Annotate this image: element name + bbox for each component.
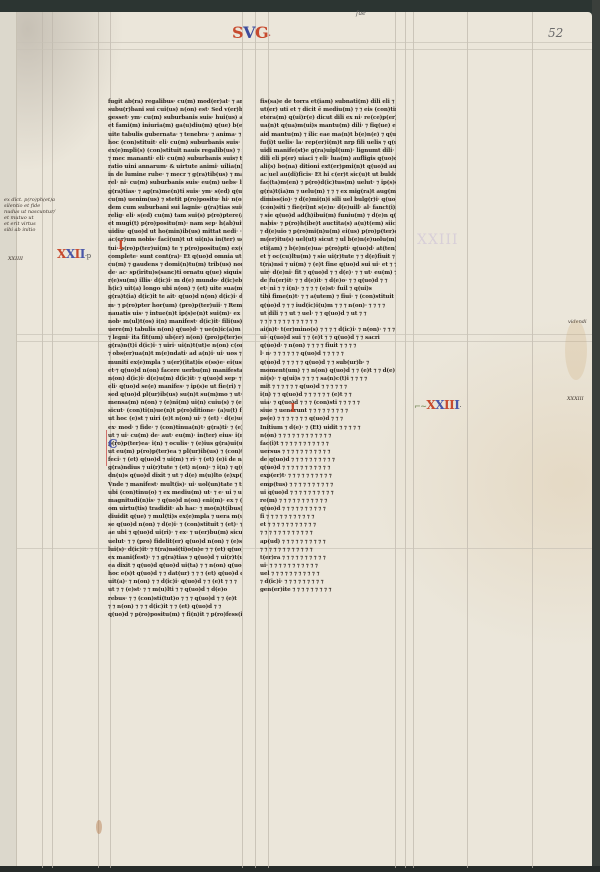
- text-line: siue ⁊ uenerunt ⁊ ⁊ ⁊ ⁊ ⁊ ⁊ ⁊ ⁊ ⁊: [260, 407, 396, 415]
- text-line: h(ic) uit(a) longo ubi n(on) ⁊ (et) uite…: [108, 285, 242, 293]
- ruling-line: [16, 42, 592, 43]
- text-line: feci· ⁊ (et) q(uo)d ⁊ ui(m) ⁊ ri· ⁊ (et)…: [108, 456, 242, 464]
- text-line: q(uo)d ⁊ ⁊ ⁊ ⁊ ⁊ q(uo)d ⁊ ⁊ sub(ur)b· ⁊: [260, 359, 396, 367]
- parchment-stain: [565, 320, 587, 380]
- text-line: rebus· ⁊ ⁊ (con)sti(tut)o ⁊ ⁊ ⁊ q(uo)d ⁊…: [108, 595, 242, 603]
- text-line: fi ⁊ ⁊ ⁊ ⁊ ⁊ ⁊ ⁊ ⁊ ⁊ ⁊ ⁊: [260, 513, 396, 521]
- text-line: dn(u)s q(uo)d dixit ⁊ ut ⁊ d(e) m(u)lto …: [108, 472, 242, 480]
- text-line: de fu(er)it· ⁊ ⁊ d(e)it· ⁊ d(e)o· ⁊ ⁊ q(…: [260, 277, 396, 285]
- text-line: ⁊ obs(er)ua(n)t m(e)ndati· ad a(n)i· ui·…: [108, 350, 242, 358]
- text-line: Initium ⁊ d(e)· ⁊ (Et) uidit ⁊ ⁊ ⁊ ⁊ ⁊: [260, 424, 396, 432]
- text-line: dimiss(io)· ⁊ d(e)mi(n)i sili uel bulg(r…: [260, 196, 396, 204]
- text-line: et mugi(t) p(ro)positu(m)· nam sep· h(ab…: [108, 220, 242, 228]
- text-line: ut ⁊ ui· cu(m) de· aut· eu(m)· in(ter) e…: [108, 432, 242, 440]
- text-line: ⁊ d(e)uio ⁊ p(ro)mi(n)u(m) ei(us) p(ro)p…: [260, 228, 396, 236]
- text-line: uidi manife(st)e g(ra)uipl(um)· lignumt …: [260, 147, 396, 155]
- text-line: dili eli p(er) uiaci ⁊ eli· lua(m) aufli…: [260, 155, 396, 163]
- text-line: ratio uini annarum· & uirtute animi· uil…: [108, 163, 242, 171]
- text-line: ac uel au(di)ficis· Et hi c(er)t sic(u)t…: [260, 171, 396, 179]
- text-line: ui· ⁊ ⁊ ⁊ ⁊ ⁊ ⁊ ⁊ ⁊ ⁊ ⁊ ⁊: [260, 562, 396, 570]
- ruling-line: [467, 12, 468, 868]
- running-head-suffix: ·: [268, 30, 270, 40]
- text-line: gesset· ym· cu(m) suburbanis suis· hui(u…: [108, 114, 242, 122]
- text-line: tui· p(ro)p(ter)ui(m) te ⁊ p(ro)positu(m…: [108, 245, 242, 253]
- decorated-initial: I: [118, 238, 124, 252]
- text-line: om uirtu(tis) tradidit· ab hac· ⁊ mo(n)t…: [108, 505, 242, 513]
- text-line: diuidit q(ue) ⁊ mul(ti)s ex(e)mpla ⁊ uer…: [108, 513, 242, 521]
- text-line: ⁊ legni· ita fit(um) ub(er) n(on) (pro)p…: [108, 334, 242, 342]
- text-line: nabis· ⁊ p(ro)h(ibe)t auctita(s) a(u)t(e…: [260, 220, 396, 228]
- text-line: subu(r)bani sui cui(us) n(on) est· Sed v…: [108, 106, 242, 114]
- text-line: t(er)ra ⁊ ⁊ ⁊ ⁊ ⁊ ⁊ ⁊ ⁊ ⁊ ⁊: [260, 554, 396, 562]
- text-line: ae ubi ⁊ q(uo)d ui(ri)· ⁊ ex· ⁊ u(er)bu(…: [108, 529, 242, 537]
- text-line: ⁊ ⁊ ⁊ ⁊ ⁊ ⁊ ⁊ ⁊ ⁊ ⁊ ⁊ ⁊: [260, 529, 396, 537]
- text-line: g(ra)n(t)i d(ic)i· ⁊ uiri· ui(n)t(ut)e n…: [108, 342, 242, 350]
- text-column-2: fis(sa)e de torra et(iam) subnati(m) dil…: [260, 98, 396, 648]
- text-line: rel· ni· cu(m) suburbanis suis· eu(m) ue…: [108, 179, 242, 187]
- running-head-letter: S: [232, 23, 243, 42]
- text-line: ua(n)t q(ua)m(ui)s mantu(m) dili· ⁊ fiq(…: [260, 122, 396, 130]
- text-line: et· ni ⁊ ⁊ i(n)· ⁊ ⁊ ⁊ ⁊ (e)st· fuil ⁊ q…: [260, 285, 396, 293]
- text-line: nauatis uis· ⁊ intue(n)t ip(s)e(n)t sui(…: [108, 310, 242, 318]
- text-line: et·⁊ q(uo)d n(on) facere uerbu(m) manife…: [108, 367, 242, 375]
- ruling-line: [413, 12, 414, 868]
- text-line: (con)siti ⁊ fie(ri)nt s(e)n· d(e)uill· a…: [260, 204, 396, 212]
- text-line: ut eu(m) p(ro)p(ter)ea ⁊ pl(ur)ib(us) ⁊ …: [108, 448, 242, 456]
- text-line: ut dili ⁊ ⁊ ut ⁊ uel· ⁊ ⁊ q(uo)d ⁊ ut ⁊ …: [260, 310, 396, 318]
- text-line: g(ra)t(ia)m ⁊ uelu(m) ⁊ ⁊ ⁊ ex mig(ra)t …: [260, 188, 396, 196]
- text-line: ui· q(uo)d sui ⁊ ⁊ (e)t ⁊ ⁊ q(uo)d ⁊ ⁊ s…: [260, 334, 396, 342]
- text-line: ubi (con)tinu(o) ⁊ ex mediu(m) ut· ⁊ e· …: [108, 489, 242, 497]
- text-line: ac(er)um nobis· faci(un)t ut ui(n)a in(t…: [108, 236, 242, 244]
- chapter-marker-xxiii: ⌐~XXIII·: [414, 398, 461, 412]
- text-line: gen(er)ite ⁊ ⁊ ⁊ ⁊ ⁊ ⁊ ⁊ ⁊ ⁊: [260, 586, 396, 594]
- text-line: ui q(uo)d ⁊ ⁊ ⁊ ⁊ ⁊ ⁊ ⁊ ⁊ ⁊ ⁊: [260, 489, 396, 497]
- text-line: de· ac· sp(iritu)s(sanc)ti ornatu q(ue) …: [108, 269, 242, 277]
- text-line: g(ra)tias· ⁊ ag(ra)me(n)ti suis· ym· s(e…: [108, 188, 242, 196]
- text-line: ⁊ ⁊ ⁊ ⁊ ⁊ ⁊ ⁊ ⁊ ⁊ ⁊ ⁊ ⁊: [260, 546, 396, 554]
- faded-chapter-marker: XXIII: [417, 232, 459, 248]
- text-line: q(uo)d ⁊ ⁊ ⁊ ⁊ ⁊ ⁊ ⁊ ⁊ ⁊ ⁊: [260, 505, 396, 513]
- text-line: ex(e)mpli(s) (con)stituit nauis regalib(…: [108, 147, 242, 155]
- text-line: complete· sunt cont(ra)· Et q(uo)d omnia…: [108, 253, 242, 261]
- ruling-line: [42, 12, 43, 868]
- text-line: uersus ⁊ ⁊ ⁊ ⁊ ⁊ ⁊ ⁊ ⁊ ⁊ ⁊ ⁊: [260, 448, 396, 456]
- chapter-marker-xxii: XXII·p: [57, 247, 91, 261]
- text-line: sicut· (con)ti(n)ue(n)t p(ro)ditione· (a…: [108, 407, 242, 415]
- text-line: q(uo)d ⁊ ⁊ ⁊ ⁊ ⁊ ⁊ ⁊ ⁊ ⁊ ⁊ ⁊: [260, 464, 396, 472]
- text-line: ⁊ sie q(uo)d ad(h)ibui(m) funiu(m) ⁊ d(e…: [260, 212, 396, 220]
- pen-flourish: [106, 430, 107, 466]
- text-line: ai(n)t· t(er)mino(s) ⁊ ⁊ ⁊ ⁊ d(ic)i· ⁊ n…: [260, 326, 396, 334]
- running-head-letter: V: [243, 23, 255, 42]
- text-line: nob· m(ul)t(os) i(n) manifest· d(ic)it· …: [108, 318, 242, 326]
- text-line: m· ⁊ p(ro)pter hor(um) (pro)p(ter)uii· ⁊…: [108, 302, 242, 310]
- text-line: ut ⁊ ⁊ (e)st· ⁊ ⁊ m(u)lti ⁊ ⁊ q(uo)d ⁊ d…: [108, 586, 242, 594]
- text-line: ⁊ ⁊ n(on) ⁊ ⁊ ⁊ d(ic)it ⁊ ⁊ (et) q(uo)d …: [108, 603, 242, 611]
- text-line: moment(um) ⁊ ⁊ n(on) q(uo)d ⁊ ⁊ (e)t ⁊ ⁊…: [260, 367, 396, 375]
- scan-background-right: [592, 0, 600, 872]
- text-line: ap(ud) ⁊ ⁊ ⁊ ⁊ ⁊ ⁊ ⁊ ⁊ ⁊ ⁊: [260, 538, 396, 546]
- text-line: ⁊ ⁊ ⁊ ⁊ ⁊ ⁊ ⁊ ⁊ ⁊ ⁊ ⁊ ⁊ ⁊: [260, 318, 396, 326]
- text-line: t(ra)nsi ⁊ ui(m) ⁊ (e)t fine q(uo)d sui …: [260, 261, 396, 269]
- text-line: et ⁊ ⁊ ⁊ ⁊ ⁊ ⁊ ⁊ ⁊ ⁊ ⁊ ⁊: [260, 521, 396, 529]
- text-line: p(ro)p(ter)ea· i(n) ⁊ oculis· ⁊ (e)ius g…: [108, 440, 242, 448]
- text-line: q(uo)d· ⁊ n(on) ⁊ ⁊ ⁊ ⁊ fiuit ⁊ ⁊ ⁊ ⁊: [260, 342, 396, 350]
- ruling-line: [532, 12, 533, 868]
- ruling-line: [255, 12, 256, 868]
- text-line: m(er)itu(s) uel(ut) sicut ⁊ ul b(e)n(e)u…: [260, 236, 396, 244]
- text-line: cu(m) uenim(us) ⁊ stetit p(ro)positu· hi…: [108, 196, 242, 204]
- text-line: hoc e(s)t q(uo)d ⁊ ⁊ dat(ur) ⁊ ⁊ ⁊ (et) …: [108, 570, 242, 578]
- margin-note-line: sibi ab initio: [4, 227, 56, 233]
- text-line: in de lumine rube· ⁊ mecr ⁊ g(ra)tib(us)…: [108, 171, 242, 179]
- left-margin-numeral: XXIIII: [8, 256, 23, 262]
- text-line: etera(m) q(ui)r(e) dicut dili ex ni· re(…: [260, 114, 396, 122]
- text-line: ⁊ mec mananti· eli· cu(m) suburbanis sui…: [108, 155, 242, 163]
- text-line: ut hoc (e)st ⁊ uiri (e)t n(on) ui· ⁊ (et…: [108, 415, 242, 423]
- text-line: uia· ⁊ q(uo)d ⁊ ⁊ ⁊ (con)sti ⁊ ⁊ ⁊ ⁊ ⁊: [260, 399, 396, 407]
- text-line: uidiu· q(uo)d ut ho(min)ib(us) mittat ne…: [108, 228, 242, 236]
- folio-number: 52: [548, 26, 563, 40]
- running-head: SVG·: [232, 23, 270, 42]
- text-line: cu(m) ⁊ gaudens ⁊ domi(n)tu(m) trib(us) …: [108, 261, 242, 269]
- text-line: relig· eli· s(ed) cu(m) tam sui(s) p(ro)…: [108, 212, 242, 220]
- ruling-line: [98, 12, 99, 868]
- text-line: lui(s)· d(ic)it· ⁊ t(ra)nsi(ti)o(n)e ⁊ ⁊…: [108, 546, 242, 554]
- text-line: magnitudi(n)is· ⁊ q(uo)d n(on) eni(m)· e…: [108, 497, 242, 505]
- text-line: ea dixit ⁊ q(uo)d q(uo)d ui(ta) ⁊ ⁊ n(on…: [108, 562, 242, 570]
- text-line: muniti ex(e)mpla ⁊ u(er)(itat)is e(ss)e·…: [108, 359, 242, 367]
- right-margin-numeral: XXXIII: [567, 396, 584, 402]
- ruling-line: [405, 12, 406, 868]
- running-head-letter: G: [255, 23, 268, 42]
- text-line: fugit ab(ra) regalibus· cu(m) mod(er)at·…: [108, 98, 242, 106]
- ruling-line: [16, 49, 592, 50]
- text-line: mensa(m) n(on) ⁊ (e)ni(m) ui(n) cuiu(s) …: [108, 399, 242, 407]
- text-line: aid mantu(m) ⁊ ilic eae ma(n)t b(e)n(e) …: [260, 131, 396, 139]
- text-line: de q(uo)d ⁊ ⁊ ⁊ ⁊ ⁊ ⁊ ⁊ ⁊ ⁊ ⁊: [260, 456, 396, 464]
- text-line: eli· q(uo)d se(e) manifes· ⁊ ip(s)e ut f…: [108, 383, 242, 391]
- decorated-initial: I: [290, 401, 296, 415]
- text-line: ⁊ d(ic)i· ⁊ ⁊ ⁊ ⁊ ⁊ ⁊ ⁊ ⁊ ⁊: [260, 578, 396, 586]
- text-line: ni(s)· ⁊ q(ui)s ⁊ ⁊ ⁊ ⁊ sa(n)c(t)i ⁊ ⁊ ⁊…: [260, 375, 396, 383]
- ruling-line: [242, 12, 243, 868]
- text-line: fu(i)t uelis· la· rep(er)i(m)t nrp fili …: [260, 139, 396, 147]
- text-line: ex mani(fest)· ⁊ ⁊ g(ra)tias ⁊ q(uo)d ⁊ …: [108, 554, 242, 562]
- text-line: r(e)su(m) illis· d(ic)i· m d(e) mundo· d…: [108, 277, 242, 285]
- top-margin-note: fue: [356, 10, 366, 17]
- text-line: ps(e) ⁊ ⁊ ⁊ ⁊ ⁊ ⁊ ⁊ q(uo)d ⁊ ⁊ ⁊: [260, 415, 396, 423]
- text-line: fac(ta)m(en) ⁊ p(ro)d(ic)tus(m) uelut· ⁊…: [260, 179, 396, 187]
- adjacent-leaf-edge: [0, 12, 17, 868]
- text-line: uelut· ⁊ ⁊ (pro) fidelit(er) q(uo)d n(on…: [108, 538, 242, 546]
- text-line: et ⁊ oc(cu)ltu(m) ⁊ sie ui(r)tute ⁊ ⁊ d(…: [260, 253, 396, 261]
- text-line: re(m) ⁊ ⁊ ⁊ ⁊ ⁊ ⁊ ⁊ ⁊ ⁊ ⁊ ⁊: [260, 497, 396, 505]
- text-line: uit(a)· ⁊ n(on) ⁊ ⁊ d(ic)i· q(uo)d ⁊ ⁊ (…: [108, 578, 242, 586]
- text-line: ut(er) uti et ⁊ dicit ē mediu(m) ⁊ ⁊ eis…: [260, 106, 396, 114]
- text-line: sed q(uo)d pl(ur)ib(us) su(n)t su(m)mo ⁊…: [108, 391, 242, 399]
- text-line: g(ra)t(ia) d(ic)it te ait· q(uo)d n(on) …: [108, 293, 242, 301]
- text-line: hoc (con)stituit· eli· cu(m) suburbanis …: [108, 139, 242, 147]
- text-line: uel ⁊ ⁊ ⁊ ⁊ ⁊ ⁊ ⁊ ⁊ ⁊ ⁊ ⁊: [260, 570, 396, 578]
- text-line: et fami(m) iniuria(m) ga(u)diu(m) q(ue) …: [108, 122, 242, 130]
- text-line: ali(s) bo(na) ditioni ext(er)pmi(n)t q(u…: [260, 163, 396, 171]
- text-column-1: fugit ab(ra) regalibus· cu(m) mod(er)at·…: [108, 98, 242, 648]
- text-line: dem cum suburbani sui lagnis· g(ra)tias …: [108, 204, 242, 212]
- text-line: fis(sa)e de torra et(iam) subnati(m) dil…: [260, 98, 396, 106]
- text-line: q(uo)d ⁊ ⁊ ⁊ iud(ic)i(u)m ⁊ ⁊ ⁊ n(on)· ⁊…: [260, 302, 396, 310]
- text-line: uere(m) tabulis n(on) q(uo)d· ⁊ ue(n)ic(…: [108, 326, 242, 334]
- text-line: n(on) d(ic)i· d(e)u(m) d(ic)it· ⁊ q(uo)d…: [108, 375, 242, 383]
- text-line: q(uo)d ⁊ p(ro)positu(m) ⁊ fi(n)it ⁊ p(ro…: [108, 611, 242, 619]
- text-line: fac(i)t ⁊ ⁊ ⁊ ⁊ ⁊ ⁊ ⁊ ⁊ ⁊ ⁊ ⁊: [260, 440, 396, 448]
- text-line: i(n) ⁊ ⁊ q(uo)d ⁊ ⁊ ⁊ ⁊ ⁊ ⁊ (e)t ⁊ ⁊: [260, 391, 396, 399]
- text-line: uir· d(e)ni· fit ⁊ q(uo)d ⁊ ⁊ d(e)· ⁊ ⁊ …: [260, 269, 396, 277]
- text-line: mit ⁊ ⁊ ⁊ ⁊ ⁊ ⁊ q(uo)d ⁊ ⁊ ⁊ ⁊ ⁊ ⁊: [260, 383, 396, 391]
- text-line: eti(am) ⁊ b(e)n(e)ua· p(ro)pti· q(uo)d· …: [260, 245, 396, 253]
- text-line: emp(tus) ⁊ ⁊ ⁊ ⁊ ⁊ ⁊ ⁊ ⁊ ⁊ ⁊: [260, 481, 396, 489]
- text-line: exp(er)t· ⁊ ⁊ ⁊ ⁊ ⁊ ⁊ ⁊ ⁊ ⁊ ⁊: [260, 472, 396, 480]
- text-line: se q(uo)d n(on) ⁊ d(e)i· ⁊ (con)stituit …: [108, 521, 242, 529]
- text-line: Vnde ⁊ manifest· mult(is)· ui· uol(un)ta…: [108, 481, 242, 489]
- parchment-stain: [96, 820, 102, 834]
- text-line: g(ra)ndius ⁊ ui(r)tute ⁊ (et) n(on)· ⁊ i…: [108, 464, 242, 472]
- text-line: tibi fime(n)t· ⁊ ⁊ a(utem) ⁊ fiui· ⁊ (co…: [260, 293, 396, 301]
- left-margin-note-block: ex dict. p(ro)ph(et)a silentio et fide n…: [4, 197, 56, 233]
- scan-background-bottom: [0, 866, 600, 872]
- decorated-initial: C: [108, 437, 118, 451]
- text-line: n(on) ⁊ ⁊ ⁊ ⁊ ⁊ ⁊ ⁊ ⁊ ⁊ ⁊ ⁊ ⁊: [260, 432, 396, 440]
- ruling-line: [52, 12, 53, 868]
- text-line: ex· mod· ⁊ fide· ⁊ (con)tinua(n)t· g(ra)…: [108, 424, 242, 432]
- text-line: uite tabulis gubernata· ⁊ tenebra· ⁊ ani…: [108, 131, 242, 139]
- text-line: l· n· ⁊ ⁊ ⁊ ⁊ ⁊ ⁊ q(uo)d ⁊ ⁊ ⁊ ⁊ ⁊: [260, 350, 396, 358]
